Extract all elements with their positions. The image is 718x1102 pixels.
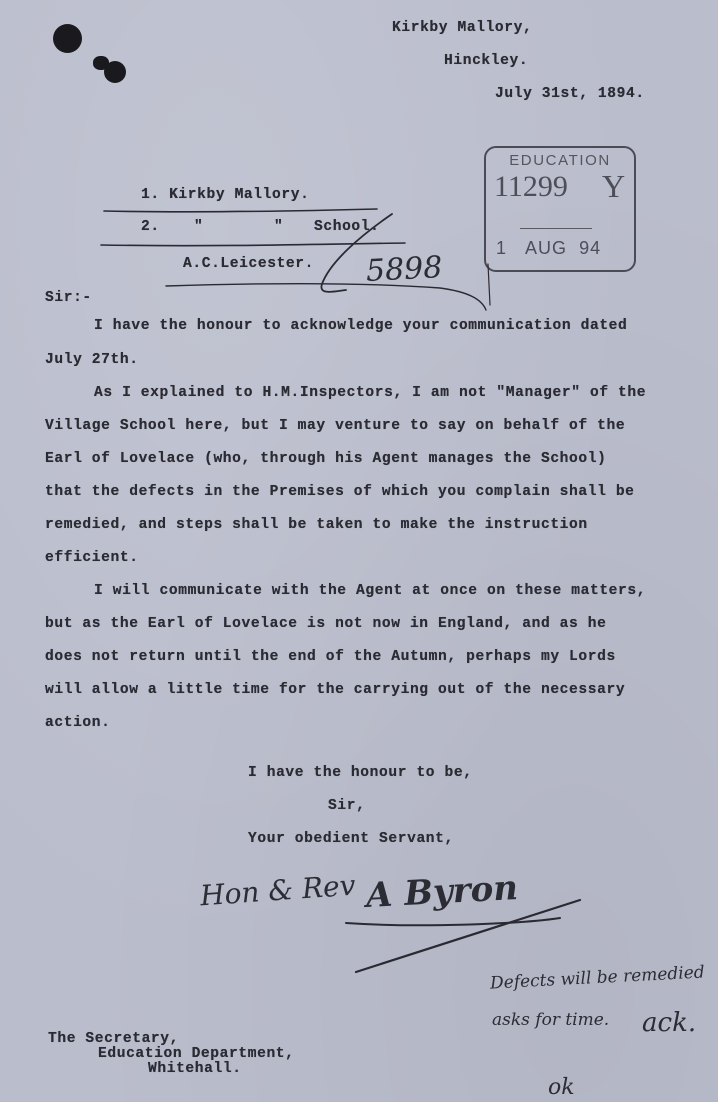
letterhead-place: Kirkby Mallory, (392, 20, 532, 36)
body-line: Village School here, but I may venture t… (45, 418, 625, 434)
salutation: Sir:- (45, 290, 92, 306)
letterhead-town: Hinckley. (444, 53, 528, 69)
docket-line-2-ditto-1: " (194, 219, 203, 235)
docket-line-2-ditto-2: " (274, 219, 283, 235)
body-line: remedied, and steps shall be taken to ma… (45, 517, 588, 533)
punch-hole-top (53, 24, 82, 53)
stamp-label: EDUCATION (486, 152, 634, 169)
addressee-line-2: Education Department, (98, 1046, 295, 1062)
docket-line-3: A.C.Leicester. (183, 256, 314, 272)
body-line: Earl of Lovelace (who, through his Agent… (45, 451, 606, 467)
body-line: efficient. (45, 550, 139, 566)
education-receipt-stamp: EDUCATION 11299 Y 1 AUG 94 (484, 146, 636, 272)
stamp-year: 94 (579, 238, 601, 258)
stamp-divider (520, 228, 592, 229)
body-line: that the defects in the Premises of whic… (45, 484, 635, 500)
docket-line-1: 1. Kirkby Mallory. (141, 187, 309, 203)
signature-name: A Byron (365, 868, 519, 916)
docket-line-2-school: School. (314, 219, 380, 235)
stamp-number: 11299 (494, 170, 568, 204)
letter-date: July 31st, 1894. (495, 86, 645, 102)
body-line: I will communicate with the Agent at onc… (94, 583, 646, 599)
body-line: will allow a little time for the carryin… (45, 682, 625, 698)
stamp-month: AUG (525, 238, 567, 258)
annotation-line-2: asks for time. (492, 1010, 609, 1030)
annotation-initials: ack. (642, 1008, 696, 1038)
docket-handwritten-number: 5898 (365, 250, 443, 289)
closing-line-1: I have the honour to be, (248, 765, 473, 781)
body-line: does not return until the end of the Aut… (45, 649, 616, 665)
addressee-line-1: The Secretary, (48, 1031, 179, 1047)
stamp-day: 1 (496, 238, 507, 258)
body-line: July 27th. (45, 352, 139, 368)
docket-line-2-number: 2. (141, 219, 160, 235)
annotation-bottom: ok (548, 1075, 575, 1100)
body-line: I have the honour to acknowledge your co… (94, 318, 627, 334)
addressee-line-3: Whitehall. (148, 1061, 242, 1077)
stamp-letter: Y (602, 168, 625, 205)
body-line: but as the Earl of Lovelace is not now i… (45, 616, 606, 632)
stamp-date: 1 AUG 94 (496, 238, 601, 259)
body-line: action. (45, 715, 111, 731)
punch-hole-blot (93, 56, 109, 70)
closing-line-3: Your obedient Servant, (248, 831, 454, 847)
closing-line-2: Sir, (328, 798, 365, 814)
body-line: As I explained to H.M.Inspectors, I am n… (94, 385, 646, 401)
